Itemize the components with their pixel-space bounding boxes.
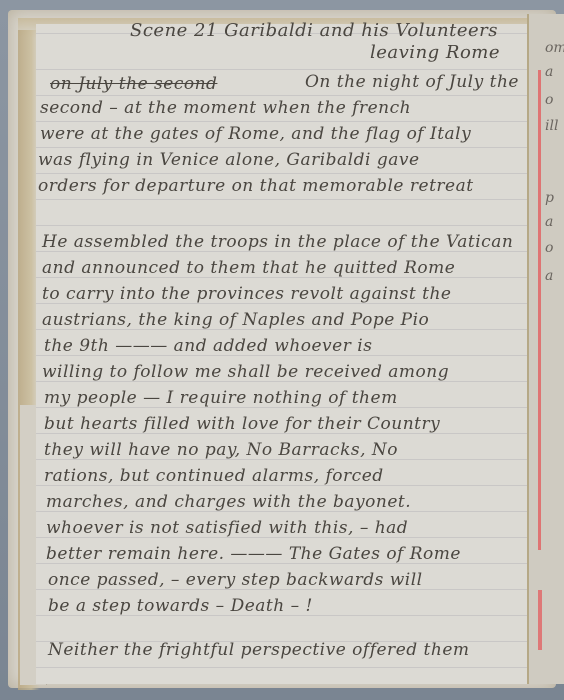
text-line: Neither the frightful perspective offere… bbox=[48, 640, 470, 660]
adjacent-page-fragment: o bbox=[545, 92, 553, 108]
adjacent-page-fragment: a bbox=[545, 214, 553, 230]
text-line: whoever is not satisfied with this, – ha… bbox=[46, 518, 408, 538]
text-line: rations, but continued alarms, forced bbox=[44, 466, 384, 486]
adjacent-page-fragment: p bbox=[545, 190, 554, 206]
red-margin-rule-lower bbox=[538, 590, 542, 650]
text-line: the 9th ——— and added whoever is bbox=[44, 336, 372, 356]
text-line: better remain here. ——— The Gates of Rom… bbox=[46, 544, 461, 564]
text-line: He assembled the troops in the place of … bbox=[42, 232, 513, 252]
adjacent-page-edge bbox=[527, 14, 564, 684]
scene-heading: Scene 21 Garibaldi and his Volunteers bbox=[130, 20, 498, 41]
text-line: be a step towards – Death – ! bbox=[48, 596, 313, 616]
text-line: was flying in Venice alone, Garibaldi ga… bbox=[38, 150, 420, 170]
text-line: second – at the moment when the french bbox=[40, 98, 411, 118]
text-line: On the night of July the bbox=[305, 72, 519, 92]
adjacent-page-fragment: a bbox=[545, 268, 553, 284]
text-line: but hearts filled with love for their Co… bbox=[44, 414, 440, 434]
text-line: they will have no pay, No Barracks, No bbox=[44, 440, 398, 460]
text-line: austrians, the king of Naples and Pope P… bbox=[42, 310, 429, 330]
red-margin-rule bbox=[538, 70, 541, 550]
text-line: marches, and charges with the bayonet. bbox=[46, 492, 411, 512]
scene-heading-line2: leaving Rome bbox=[370, 42, 500, 63]
text-line: to carry into the provinces revolt again… bbox=[42, 284, 451, 304]
text-line: willing to follow me shall be received a… bbox=[42, 362, 449, 382]
struck-out-text: on July the second bbox=[50, 74, 217, 94]
text-line: and announced to them that he quitted Ro… bbox=[42, 258, 455, 278]
adjacent-page-fragment: o bbox=[545, 240, 553, 256]
adjacent-page-fragment: om bbox=[545, 40, 564, 56]
text-line: my people — I require nothing of them bbox=[44, 388, 398, 408]
text-line: orders for departure on that memorable r… bbox=[38, 176, 474, 196]
text-line: were at the gates of Rome, and the flag … bbox=[40, 124, 471, 144]
text-line: once passed, – every step backwards will bbox=[48, 570, 423, 590]
adjacent-page-fragment: ill bbox=[545, 118, 558, 134]
adjacent-page-fragment: a bbox=[545, 64, 553, 80]
